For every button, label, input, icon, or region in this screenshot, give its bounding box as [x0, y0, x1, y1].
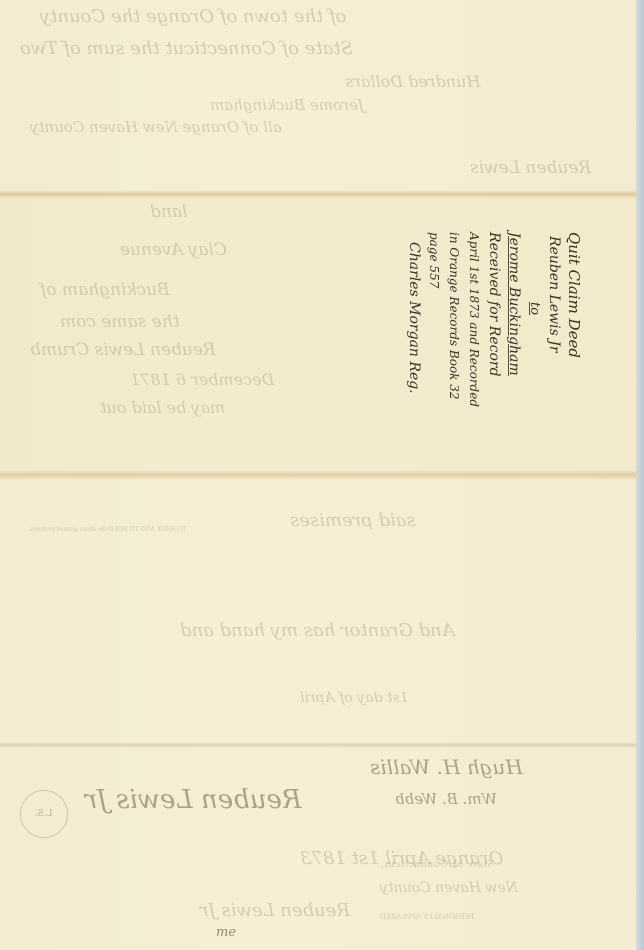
bleed-through-line: all of Orange New Haven County — [30, 118, 282, 136]
witness-signature: Wm. B. Webb — [395, 790, 497, 808]
bleed-through-line: Hundred Dollars — [345, 72, 480, 91]
scan-edge — [636, 0, 644, 950]
docket-grantor: Reuben Lewis Jr — [544, 232, 564, 490]
witness-signature: Hugh H. Wallis — [370, 755, 523, 779]
bleed-through-line: Reuben Lewis — [470, 158, 591, 178]
docket-records-book: in Orange Records Book 32 — [444, 232, 464, 490]
bleed-through-line: land — [150, 202, 187, 222]
docket-to: to — [524, 232, 544, 490]
bleed-through-line: of the town of Orange the County — [40, 6, 346, 27]
bleed-through-line: Reuben Lewis Crumb — [30, 340, 216, 360]
fold-line — [0, 190, 636, 200]
ack-county-line: New Haven County — [380, 880, 518, 896]
seal-label: L.S. — [35, 809, 53, 819]
bleed-through-line: said premises — [290, 510, 416, 531]
docket-grantee: Jerome Buckingham — [504, 232, 524, 490]
docket-title: Quit Claim Deed — [564, 232, 584, 490]
docket-endorsement: Quit Claim Deed Reuben Lewis Jr to Jerom… — [404, 232, 584, 490]
docket-received: Received for Record — [484, 232, 504, 490]
docket-registrar: Charles Morgan Reg. — [404, 232, 424, 490]
document-page: of the town of Orange the County State o… — [0, 0, 636, 950]
grantor-signature: Reuben Lewis Jr — [85, 785, 301, 815]
bleed-through-line: And Grantor has my hand and — [180, 620, 455, 641]
ack-date-line: Orange April 1st 1873 — [300, 848, 503, 869]
ink-mark: me — [216, 925, 236, 940]
bleed-through-line: State of Connecticut the sum of Two — [20, 38, 353, 59]
docket-date-recorded: April 1st 1873 and Recorded — [464, 232, 484, 490]
docket-page: page 557 — [424, 232, 444, 490]
bleed-through-line: Buckingham of — [40, 280, 170, 300]
ack-personally-appeared: PERSONALLY APPEARED — [380, 912, 474, 921]
bleed-through-line: the same com — [60, 312, 180, 332]
seal-mark: L.S. — [20, 790, 68, 838]
bleed-through-line: may be laid out — [100, 398, 225, 417]
bleed-through-line: December 6 1871 — [130, 370, 274, 389]
fold-line — [0, 742, 636, 748]
bleed-through-line: 1st day of April — [300, 690, 409, 706]
bleed-through-line: Jerome Buckingham — [210, 96, 364, 114]
bleed-through-print: TO HAVE AND TO HOLD the above granted pr… — [30, 525, 186, 533]
bleed-through-line: Clay Avenue — [120, 240, 227, 260]
ack-name: Reuben Lewis Jr — [200, 900, 350, 921]
